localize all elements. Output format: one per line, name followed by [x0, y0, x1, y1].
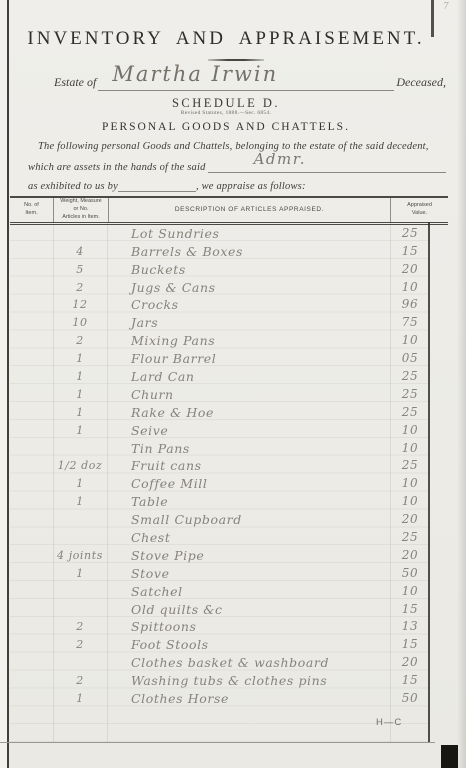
item-qty: 4 — [53, 244, 107, 259]
column-header-description: DESCRIPTION OF ARTICLES APPRAISED. — [109, 198, 391, 222]
table-row: Lot Sundries 25 — [10, 223, 430, 241]
item-description: Tin Pans — [107, 441, 390, 456]
item-description: Jugs & Cans — [107, 280, 390, 295]
table-row: 2 Jugs & Cans 10 — [10, 277, 430, 295]
item-description: Clothes basket & washboard — [107, 655, 390, 670]
item-value: 10 — [390, 476, 430, 491]
item-description: Churn — [107, 387, 390, 402]
item-value: 20 — [390, 262, 430, 277]
table-row: 1 Rake & Hoe 25 — [10, 402, 430, 420]
item-qty: 2 — [53, 637, 107, 652]
item-qty: 1 — [53, 405, 107, 420]
item-value: 20 — [390, 655, 430, 670]
preamble-line-3-end: , we appraise as follows: — [196, 181, 306, 192]
item-qty: 2 — [53, 333, 107, 348]
column-rule-1 — [53, 222, 54, 742]
item-description: Table — [107, 494, 390, 509]
table-row: 1/2 doz Fruit cans 25 — [10, 456, 430, 474]
item-description: Mixing Pans — [107, 333, 390, 348]
table-row: 2 Washing tubs & clothes pins 15 — [10, 670, 430, 688]
item-description: Washing tubs & clothes pins — [107, 673, 390, 688]
table-row: Clothes basket & washboard 20 — [10, 652, 430, 670]
item-value: 25 — [390, 226, 430, 241]
item-qty: 5 — [53, 262, 107, 277]
item-value: 10 — [390, 494, 430, 509]
item-qty: 12 — [53, 297, 107, 312]
table-header: No. of Item. Weight, Measure or No. Arti… — [10, 196, 448, 225]
preamble-line-3-start: as exhibited to us by — [28, 181, 118, 192]
table-row: 2 Spittoons 13 — [10, 617, 430, 635]
title-divider — [208, 59, 264, 61]
form-title: INVENTORY AND APPRAISEMENT. — [0, 28, 452, 50]
page-right-edge-shade — [457, 0, 466, 768]
estate-line: Estate of Martha Irwin Deceased, — [54, 72, 446, 91]
item-value: 10 — [390, 423, 430, 438]
item-qty: 1 — [53, 691, 107, 706]
items-body: Lot Sundries 25 4 Barrels & Boxes 15 5 B… — [10, 223, 430, 742]
table-row: 1 Clothes Horse 50 — [10, 688, 430, 706]
estate-label: Estate of — [54, 75, 96, 91]
item-value: 25 — [390, 458, 430, 473]
table-row: Satchel 10 — [10, 581, 430, 599]
item-description: Satchel — [107, 584, 390, 599]
item-qty: 2 — [53, 673, 107, 688]
item-description: Stove — [107, 566, 390, 581]
item-description: Clothes Horse — [107, 691, 390, 706]
administrator-underline: Admr. — [208, 158, 446, 173]
item-description: Small Cupboard — [107, 512, 390, 527]
bottom-rule — [0, 742, 435, 743]
scan-corner-mark — [441, 745, 458, 768]
table-row: Small Cupboard 20 — [10, 509, 430, 527]
item-qty: 1 — [53, 369, 107, 384]
item-value: 10 — [390, 280, 430, 295]
table-row: 5 Buckets 20 — [10, 259, 430, 277]
item-description: Buckets — [107, 262, 390, 277]
deceased-label: Deceased, — [396, 75, 446, 91]
column-rule-3 — [390, 222, 391, 742]
table-row: Tin Pans 10 — [10, 438, 430, 456]
item-qty: 1 — [53, 476, 107, 491]
item-value: 50 — [390, 566, 430, 581]
item-value: 15 — [390, 673, 430, 688]
footer-mark: H—C — [376, 717, 402, 728]
item-value: 25 — [390, 405, 430, 420]
item-qty: 2 — [53, 619, 107, 634]
item-value: 15 — [390, 244, 430, 259]
item-description: Stove Pipe — [107, 548, 390, 563]
item-description: Lot Sundries — [107, 226, 390, 241]
estate-name-handwritten: Martha Irwin — [112, 62, 278, 86]
table-row: 12 Crocks 96 — [10, 295, 430, 313]
item-value: 10 — [390, 441, 430, 456]
preamble-line-2-text: which are assets in the hands of the sai… — [28, 162, 206, 173]
table-row: 1 Flour Barrel 05 — [10, 348, 430, 366]
administrator-handwritten: Admr. — [254, 150, 306, 168]
table-row: 4 joints Stove Pipe 20 — [10, 545, 430, 563]
item-qty: 1 — [53, 351, 107, 366]
item-value: 13 — [390, 619, 430, 634]
preamble-line-1: The following personal Goods and Chattel… — [28, 141, 450, 152]
page-number: 7 — [443, 2, 449, 12]
table-row: 1 Lard Can 25 — [10, 366, 430, 384]
table-row: 1 Coffee Mill 10 — [10, 473, 430, 491]
item-qty: 1 — [53, 566, 107, 581]
item-description: Spittoons — [107, 619, 390, 634]
item-description: Rake & Hoe — [107, 405, 390, 420]
table-row: 10 Jars 75 — [10, 312, 430, 330]
item-value: 75 — [390, 315, 430, 330]
table-row: 1 Table 10 — [10, 491, 430, 509]
table-row: 1 Churn 25 — [10, 384, 430, 402]
table-row: 2 Mixing Pans 10 — [10, 330, 430, 348]
item-description: Barrels & Boxes — [107, 244, 390, 259]
table-row: 1 Seive 10 — [10, 420, 430, 438]
item-description: Old quilts &c — [107, 602, 390, 617]
value-column-ledger-line — [428, 222, 430, 743]
column-header-item-number: No. of Item. — [10, 198, 54, 222]
preamble-line-3: as exhibited to us by , we appraise as f… — [28, 178, 448, 192]
exhibited-by-underline — [118, 178, 196, 192]
item-description: Flour Barrel — [107, 351, 390, 366]
item-value: 25 — [390, 530, 430, 545]
table-row: 2 Foot Stools 15 — [10, 634, 430, 652]
item-description: Foot Stools — [107, 637, 390, 652]
preamble-line-2: which are assets in the hands of the sai… — [28, 158, 448, 173]
item-value: 05 — [390, 351, 430, 366]
item-qty: 4 joints — [53, 548, 107, 563]
item-value: 20 — [390, 548, 430, 563]
table-row: Old quilts &c 15 — [10, 599, 430, 617]
item-value: 25 — [390, 387, 430, 402]
item-qty: 2 — [53, 280, 107, 295]
item-description: Lard Can — [107, 369, 390, 384]
item-description: Seive — [107, 423, 390, 438]
item-qty: 10 — [53, 315, 107, 330]
item-description: Jars — [107, 315, 390, 330]
table-row: 4 Barrels & Boxes 15 — [10, 241, 430, 259]
item-qty: 1/2 doz — [53, 458, 107, 473]
item-qty: 1 — [53, 494, 107, 509]
item-value: 96 — [390, 297, 430, 312]
item-value: 50 — [390, 691, 430, 706]
item-description: Fruit cans — [107, 458, 390, 473]
table-row: Chest 25 — [10, 527, 430, 545]
statute-note: Revised Statutes, 1888.—Sec. 6854. — [0, 110, 452, 116]
item-value: 15 — [390, 637, 430, 652]
item-value: 10 — [390, 333, 430, 348]
column-rule-2 — [107, 222, 108, 742]
item-value: 25 — [390, 369, 430, 384]
section-title: PERSONAL GOODS AND CHATTELS. — [0, 121, 452, 133]
item-qty: 1 — [53, 387, 107, 402]
table-row: 1 Stove 50 — [10, 563, 430, 581]
item-qty: 1 — [53, 423, 107, 438]
estate-name-underline: Martha Irwin — [98, 72, 394, 91]
column-header-appraised-value: Appraised Value. — [391, 198, 448, 222]
item-value: 10 — [390, 584, 430, 599]
item-description: Coffee Mill — [107, 476, 390, 491]
item-description: Crocks — [107, 297, 390, 312]
item-description: Chest — [107, 530, 390, 545]
item-value: 20 — [390, 512, 430, 527]
schedule-title: SCHEDULE D. — [0, 96, 452, 111]
item-value: 15 — [390, 602, 430, 617]
column-header-weight-measure: Weight, Measure or No. Articles in Item. — [54, 198, 109, 222]
